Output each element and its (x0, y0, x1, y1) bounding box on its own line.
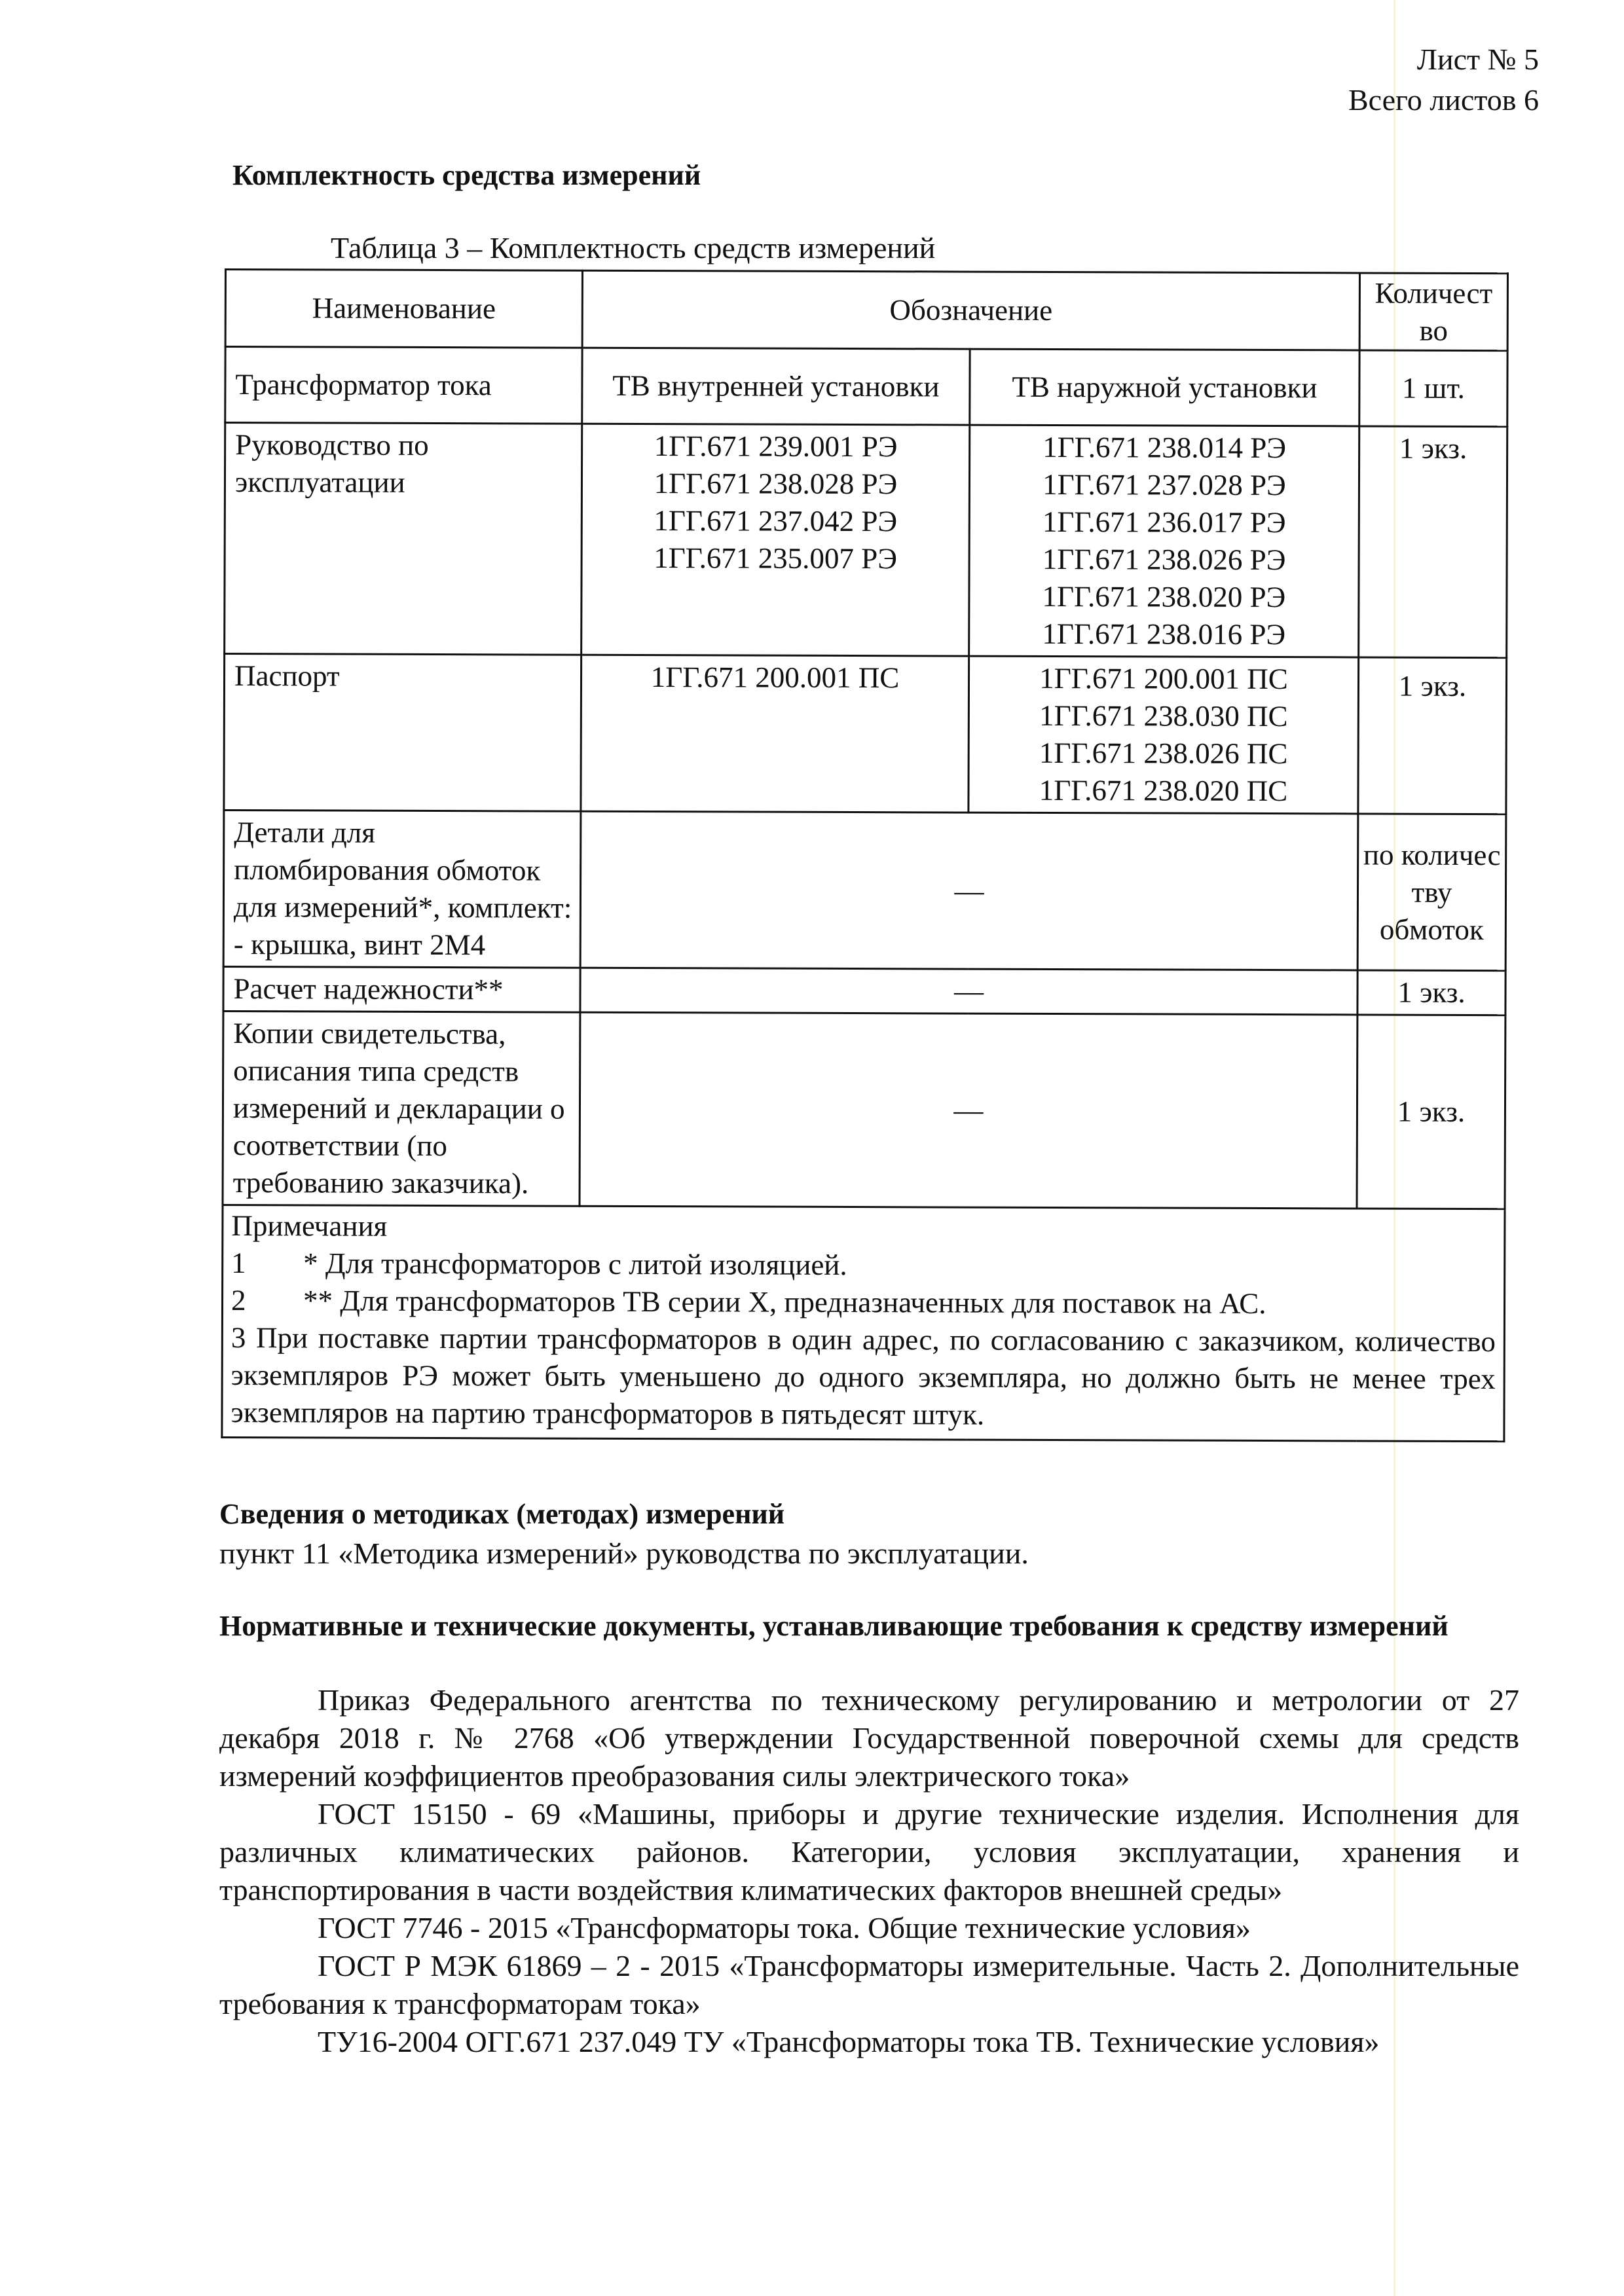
code: 1ГГ.671 237.028 РЭ (980, 466, 1349, 505)
normative-doc: ГОСТ 15150 - 69 «Машины, приборы и други… (219, 1795, 1519, 1909)
row-quantity: 1 экз. (1358, 657, 1507, 814)
row-outdoor: ТВ наружной установки (970, 349, 1359, 426)
row-quantity: 1 экз. (1359, 426, 1507, 658)
note-text: При поставке партии трансформаторов в од… (231, 1321, 1496, 1430)
sheets-total: Всего листов 6 (1348, 80, 1539, 120)
note-number: 2 (231, 1282, 303, 1319)
code: 1ГГ.671 238.030 ПС (979, 697, 1348, 736)
notes-row: Примечания 1* Для трансформаторов с лито… (222, 1205, 1505, 1441)
row-outdoor-codes: 1ГГ.671 200.001 ПС 1ГГ.671 238.030 ПС 1Г… (969, 656, 1359, 814)
code: 1ГГ.671 238.026 ПС (979, 735, 1348, 773)
row-quantity: 1 шт. (1359, 350, 1507, 427)
code: 1ГГ.671 238.028 РЭ (592, 465, 959, 503)
note-item: 1* Для трансформаторов с литой изоляцией… (231, 1245, 1496, 1286)
code: 1ГГ.671 239.001 РЭ (592, 428, 959, 466)
note-text: * Для трансформаторов с литой изоляцией. (303, 1247, 847, 1281)
completeness-table: Наименование Обозначение Количест во Тра… (221, 268, 1509, 1442)
code: 1ГГ.671 235.007 РЭ (592, 539, 959, 578)
code: 1ГГ.671 236.017 РЭ (980, 503, 1349, 542)
row-name: Детали для пломбирования обмоток для изм… (223, 811, 581, 968)
row-outdoor-codes: 1ГГ.671 238.014 РЭ 1ГГ.671 237.028 РЭ 1Г… (969, 425, 1359, 657)
normative-doc: Приказ Федерального агентства по техниче… (219, 1681, 1519, 1795)
sheet-header: Лист № 5 Всего листов 6 (1348, 39, 1539, 120)
row-name: Паспорт (224, 654, 581, 812)
note-text: ** Для трансформаторов ТВ серии Х, предн… (303, 1284, 1266, 1320)
row-name: Расчет надежности** (223, 966, 580, 1012)
sheet-number: Лист № 5 (1348, 39, 1539, 80)
table-row: Расчет надежности** — 1 экз. (223, 966, 1505, 1015)
methods-title: Сведения о методиках (методах) измерений (219, 1496, 784, 1533)
code: 1ГГ.671 200.001 ПС (979, 660, 1348, 699)
row-indoor-codes: 1ГГ.671 239.001 РЭ 1ГГ.671 238.028 РЭ 1Г… (581, 424, 970, 656)
methods-text: пункт 11 «Методика измерений» руководств… (219, 1534, 1519, 1573)
completeness-title: Комплектность средства измерений (232, 157, 701, 194)
row-designation: — (580, 811, 1358, 970)
notes-cell: Примечания 1* Для трансформаторов с лито… (222, 1205, 1505, 1441)
code: 1ГГ.671 238.020 ПС (978, 772, 1348, 811)
code: 1ГГ.671 237.042 РЭ (592, 502, 959, 541)
note-item: 3 При поставке партии трансформаторов в … (231, 1319, 1496, 1435)
code: 1ГГ.671 238.014 РЭ (980, 429, 1349, 467)
table-row: Копии свидетельства, описания типа средс… (223, 1011, 1505, 1209)
row-name: Руководство по эксплуатации (225, 423, 582, 655)
normative-doc: ГОСТ Р МЭК 61869 – 2 - 2015 «Трансформат… (219, 1947, 1519, 2023)
row-indoor: ТВ внутренней установки (582, 348, 970, 425)
row-quantity: 1 экз. (1357, 970, 1505, 1015)
header-name: Наименование (225, 270, 582, 348)
code: 1ГГ.671 238.026 РЭ (980, 541, 1349, 579)
row-designation: — (580, 1012, 1357, 1209)
code: 1ГГ.671 238.020 РЭ (979, 578, 1348, 617)
row-quantity: 1 экз. (1357, 1015, 1505, 1209)
header-quantity: Количест во (1359, 273, 1507, 351)
note-item: 2** Для трансформаторов ТВ серии Х, пред… (231, 1282, 1496, 1323)
code: 1ГГ.671 200.001 ПС (591, 659, 959, 697)
row-designation: — (580, 968, 1357, 1015)
header-designation: Обозначение (582, 270, 1359, 350)
row-quantity: по количес тву обмоток (1357, 814, 1506, 971)
note-number: 3 (231, 1321, 246, 1354)
normative-title: Нормативные и технические документы, уст… (219, 1609, 1519, 1643)
table-row: Руководство по эксплуатации 1ГГ.671 239.… (225, 423, 1507, 658)
notes-title: Примечания (231, 1207, 1496, 1248)
row-indoor-codes: 1ГГ.671 200.001 ПС (581, 655, 969, 812)
code: 1ГГ.671 238.016 РЭ (979, 615, 1348, 654)
table-row: Трансформатор тока ТВ внутренней установ… (225, 347, 1507, 427)
table-row: Паспорт 1ГГ.671 200.001 ПС 1ГГ.671 200.0… (224, 654, 1507, 814)
normative-documents: Приказ Федерального агентства по техниче… (219, 1681, 1519, 2061)
table-header-row: Наименование Обозначение Количест во (225, 270, 1507, 351)
note-number: 1 (231, 1245, 303, 1282)
row-name: Трансформатор тока (225, 347, 582, 424)
normative-doc: ГОСТ 7746 - 2015 «Трансформаторы тока. О… (219, 1909, 1519, 1947)
table-row: Детали для пломбирования обмоток для изм… (223, 811, 1506, 971)
table-caption: Таблица 3 – Комплектность средств измере… (331, 230, 935, 265)
normative-doc: ТУ16-2004 ОГГ.671 237.049 ТУ «Трансформа… (219, 2023, 1519, 2061)
row-name: Копии свидетельства, описания типа средс… (223, 1011, 580, 1206)
